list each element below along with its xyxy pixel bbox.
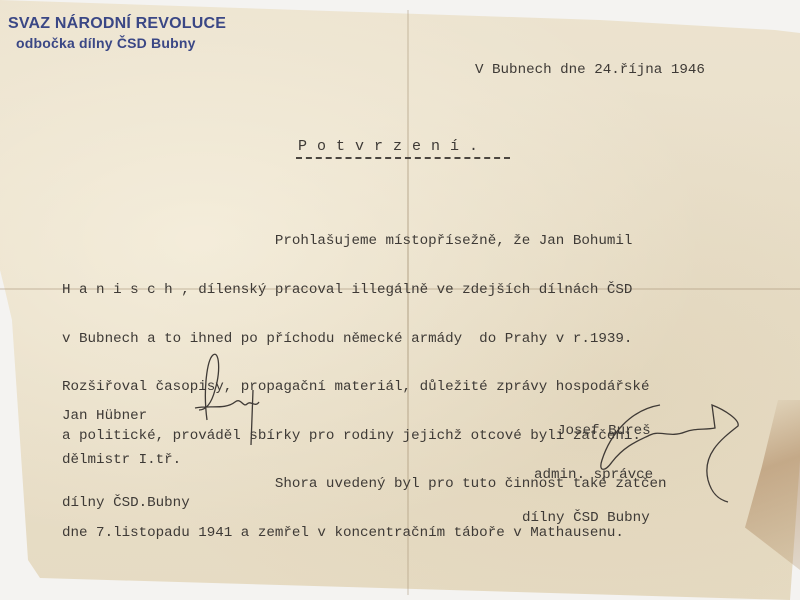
handwritten-signature-right-icon [590,400,750,510]
body-line: Prohlašujeme místopřísežně, že Jan Bohum… [62,233,667,249]
signatory-left: Jan Hübner dělmistr I.tř. dílny ČSD.Bubn… [62,380,190,525]
organization-stamp: SVAZ NÁRODNÍ REVOLUCE odbočka dílny ČSD … [8,14,226,52]
body-line: v Bubnech a to ihned po příchodu německé… [62,331,667,347]
signatory-left-name: Jan Hübner [62,409,190,424]
stamp-line-1: SVAZ NÁRODNÍ REVOLUCE [8,14,226,34]
date-line: V Bubnech dne 24.října 1946 [475,62,705,78]
title-underline [296,157,510,159]
handwritten-signature-left-icon [185,350,275,445]
signatory-right-unit: dílny ČSD Bubny [522,511,653,526]
stamp-line-2: odbočka dílny ČSD Bubny [8,34,226,52]
document-title: P o t v r z e n í . [298,139,479,155]
signatory-left-role: dělmistr I.tř. [62,453,190,468]
signatory-left-unit: dílny ČSD.Bubny [62,496,190,511]
body-line: H a n i s c h , dílenský pracoval illegá… [62,282,667,298]
